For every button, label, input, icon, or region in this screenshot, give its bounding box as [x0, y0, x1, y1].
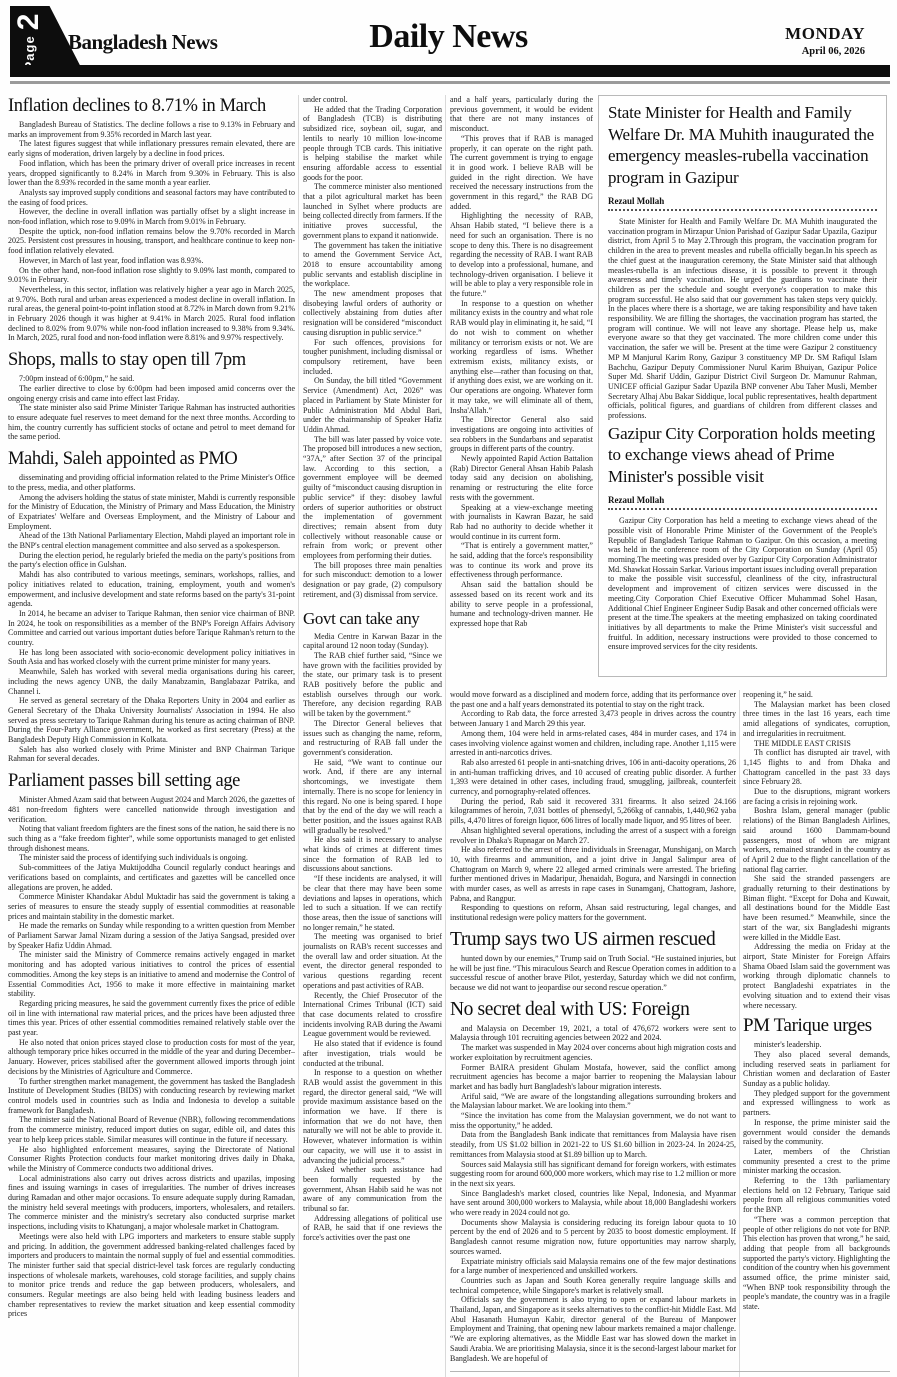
article-headline: Govt can take any — [303, 609, 442, 629]
article-paragraph: minister's leadership. — [743, 1040, 890, 1050]
article-paragraph: The minister said the process of identif… — [8, 853, 295, 863]
article-paragraph: and a half years, particularly during th… — [450, 95, 593, 134]
column-divider-2 — [445, 95, 446, 1377]
article-paragraph: Among the advisers holding the status of… — [8, 493, 295, 532]
article-paragraph: The bill proposes three main penalties f… — [303, 561, 442, 600]
article-paragraph: Former BAIRA president Ghulam Mostafa, h… — [450, 1063, 736, 1092]
article-headline: Inflation declines to 8.71% in March — [8, 95, 295, 117]
article-paragraph: Since Bangladesh's market closed, countr… — [450, 1189, 736, 1218]
article-paragraph: During the period, Rab said it recovered… — [450, 797, 736, 826]
article-paragraph: “Since the invitation has come from the … — [450, 1111, 736, 1130]
article-paragraph: Sub-committees of the Jatiya Muktijoddha… — [8, 863, 295, 892]
article-paragraph: The RAB chief further said, “Since we ha… — [303, 651, 442, 719]
article-paragraph: In response to a question on whether RAB… — [303, 1068, 442, 1165]
article-paragraph: He added that the Trading Corporation of… — [303, 105, 442, 183]
article-paragraph: He said, “We want to continue our work. … — [303, 758, 442, 836]
article-headline: Gazipur City Corporation holds meeting t… — [608, 423, 877, 488]
article-paragraph: However, in March of last year, food inf… — [8, 256, 295, 266]
column-divider-1 — [298, 95, 299, 1377]
article-paragraph: Meanwhile, Saleh has worked with several… — [8, 667, 295, 696]
article-paragraph: Sources said Malaysia still has signific… — [450, 1160, 736, 1189]
article-paragraph: He made the remarks on Sunday while resp… — [8, 921, 295, 950]
article-paragraph: The state minister also said Prime Minis… — [8, 403, 295, 442]
article-headline: PM Tarique urges — [743, 1015, 890, 1037]
article-paragraph: The minister said the Ministry of Commer… — [8, 950, 295, 999]
article-paragraph: The bill was later passed by voice vote.… — [303, 435, 442, 561]
article-paragraph: Due to the disruptions, migrant workers … — [743, 787, 890, 806]
article-paragraph: On Sunday, the bill titled “Government S… — [303, 376, 442, 434]
article-headline: Parliament passes bill setting age — [8, 771, 295, 792]
article-paragraph: Ahsan said the battalion should be asses… — [450, 580, 593, 629]
article-paragraph: reopening it,” he said. — [743, 690, 890, 700]
article-paragraph: Newly appointed Rapid Action Battalion (… — [450, 454, 593, 503]
article-paragraph: Documents show Malaysia is considering r… — [450, 1218, 736, 1257]
column-1: Inflation declines to 8.71% in MarchBang… — [8, 95, 295, 1377]
article-paragraph: Food inflation, which has been the prima… — [8, 159, 295, 188]
article-paragraph: Media Centre in Karwan Bazar in the capi… — [303, 632, 442, 651]
article-paragraph: He also noted that onion prices stayed c… — [8, 1038, 295, 1077]
column-divider-3 — [739, 690, 740, 1377]
article-paragraph: Th conflict has disrupted air travel, wi… — [743, 748, 890, 787]
article-paragraph: Countries such as Japan and South Korea … — [450, 1276, 736, 1295]
column-3: and a half years, particularly during th… — [450, 95, 593, 688]
article-paragraph: State Minister for Health and Family Wel… — [608, 217, 877, 421]
article-paragraph: Asked whether such assistance had been f… — [303, 1165, 442, 1214]
article-paragraph: “If these incidents are analysed, it wil… — [303, 874, 442, 932]
article-byline: Rezaul Mollah — [608, 493, 877, 510]
article-paragraph: To further strengthen market management,… — [8, 1077, 295, 1116]
article-paragraph: Ahsan highlighted several operations, in… — [450, 826, 736, 845]
article-paragraph: Gazipur City Corporation has held a meet… — [608, 516, 877, 652]
article-paragraph: The new amendment proposes that disobeyi… — [303, 289, 442, 338]
article-paragraph: Bangladesh Bureau of Statistics. The dec… — [8, 120, 295, 139]
header-thick-rule — [10, 65, 890, 77]
article-paragraph: Noting that valiant freedom fighters are… — [8, 824, 295, 853]
article-paragraph: They also placed several demands, includ… — [743, 1050, 890, 1089]
column-2: under control.He added that the Trading … — [303, 95, 442, 1377]
article-paragraph: The government has taken the initiative … — [303, 241, 442, 290]
article-paragraph: Boshra Islam, general manager (public re… — [743, 806, 890, 874]
article-headline: Trump says two US airmen rescued — [450, 929, 736, 951]
article-paragraph: Local administrations also carry out dri… — [8, 1174, 295, 1232]
article-paragraph: The meeting was organised to brief journ… — [303, 932, 442, 990]
article-paragraph: He also highlighted enforcement measures… — [8, 1145, 295, 1174]
article-paragraph: Commerce Minister Khandakar Abdul Muktad… — [8, 892, 295, 921]
article-paragraph: Addressing the media on Friday at the ai… — [743, 942, 890, 1010]
article-paragraph: Expatriate ministry officials said Malay… — [450, 1257, 736, 1276]
article-paragraph: 7:00pm instead of 6:00pm,” he said. — [8, 374, 295, 384]
article-paragraph: He also referred to the arrest of three … — [450, 845, 736, 903]
article-paragraph: Addressing allegations of political use … — [303, 1214, 442, 1243]
paper-masthead-title: Daily News — [0, 18, 897, 56]
article-paragraph: Rab also arrested 61 people in anti-snat… — [450, 758, 736, 797]
article-paragraph: In response, the prime minister said the… — [743, 1118, 890, 1147]
article-paragraph: Referring to the 13th parliamentary elec… — [743, 1176, 890, 1215]
article-paragraph: Nevertheless, in this sector, inflation … — [8, 285, 295, 343]
article-paragraph: The Malaysian market has been closed thr… — [743, 700, 890, 739]
article-headline: State Minister for Health and Family Wel… — [608, 102, 877, 188]
article-headline: No secret deal with US: Foreign — [450, 999, 736, 1021]
boxed-right-articles: State Minister for Health and Family Wel… — [598, 95, 887, 677]
article-paragraph: During the election period, he regularly… — [8, 551, 295, 570]
issue-day: MONDAY — [785, 24, 865, 44]
article-paragraph: He served as general secretary of the Dh… — [8, 696, 295, 745]
article-byline: Rezaul Mollah — [608, 194, 877, 211]
article-paragraph: Officials say the government is also try… — [450, 1295, 736, 1363]
article-paragraph: The minister said the National Board of … — [8, 1115, 295, 1144]
article-paragraph: Speaking at a view-exchange meeting with… — [450, 503, 593, 542]
article-paragraph: The Director General also said investiga… — [450, 415, 593, 454]
article-paragraph: Mahdi has also contributed to various me… — [8, 570, 295, 609]
article-paragraph: The earlier directive to close by 6:00pm… — [8, 384, 295, 403]
article-paragraph: They pledged support for the government … — [743, 1089, 890, 1118]
article-paragraph: Later, members of the Christian communit… — [743, 1147, 890, 1176]
column-wide-bottom: would move forward as a disciplined and … — [450, 690, 736, 1377]
article-paragraph: Saleh has also worked closely with Prime… — [8, 745, 295, 764]
article-paragraph: hunted down by our enemies,” Trump said … — [450, 954, 736, 993]
article-paragraph: On the other hand, non-food inflation ro… — [8, 266, 295, 285]
article-paragraph: He also said it is necessary to analyse … — [303, 835, 442, 874]
article-paragraph: Despite the uptick, non-food inflation r… — [8, 227, 295, 256]
article-paragraph: THE MIDDLE EAST CRISIS — [743, 739, 890, 749]
article-paragraph: He also stated that if evidence is found… — [303, 1039, 442, 1068]
article-paragraph: According to Rab data, the force arreste… — [450, 709, 736, 728]
article-paragraph: disseminating and providing official inf… — [8, 473, 295, 492]
article-paragraph: The commerce minister also mentioned tha… — [303, 182, 442, 240]
article-paragraph: Among them, 104 were held in arms-relate… — [450, 729, 736, 758]
article-paragraph: The latest figures suggest that while in… — [8, 139, 295, 158]
article-paragraph: In response to a question on whether mil… — [450, 299, 593, 415]
article-paragraph: “This proves that if RAB is managed prop… — [450, 134, 593, 212]
article-paragraph: The Director General believes that issue… — [303, 719, 442, 758]
article-paragraph: Responding to questions on reform, Ahsan… — [450, 903, 736, 922]
article-paragraph: Data from the Bangladesh Bank indicate t… — [450, 1130, 736, 1159]
article-paragraph: Minister Ahmed Azam said that between Au… — [8, 795, 295, 824]
article-headline: Shops, malls to stay open till 7pm — [8, 350, 295, 371]
article-paragraph: and Malaysia on December 19, 2021, a tot… — [450, 1024, 736, 1043]
article-paragraph: Ariful said, “We are aware of the longst… — [450, 1092, 736, 1111]
article-paragraph: For such offences, provisions for toughe… — [303, 338, 442, 377]
header-thin-rule — [10, 81, 890, 84]
article-paragraph: Regarding pricing measures, he said the … — [8, 999, 295, 1038]
article-paragraph: Meetings were also held with LPG importe… — [8, 1232, 295, 1319]
newspaper-page: Page 2 Bangladesh News Daily News MONDAY… — [0, 0, 897, 1377]
article-paragraph: In 2014, he became an adviser to Tarique… — [8, 609, 295, 648]
article-paragraph: “That is entirely a government matter,” … — [450, 541, 593, 580]
article-paragraph: under control. — [303, 95, 442, 105]
article-paragraph: Highlighting the necessity of RAB, Ahsan… — [450, 211, 593, 298]
article-paragraph: Ahead of the 13th National Parliamentary… — [8, 531, 295, 550]
article-paragraph: He has long been associated with socio-e… — [8, 648, 295, 667]
article-paragraph: She said the stranded passengers are gra… — [743, 874, 890, 942]
issue-date: April 06, 2026 — [802, 46, 865, 57]
article-paragraph: Analysts say improved supply conditions … — [8, 188, 295, 207]
article-paragraph: Recently, the Chief Prosecutor of the In… — [303, 991, 442, 1040]
article-paragraph: The market was suspended in May 2024 ove… — [450, 1043, 736, 1062]
article-paragraph: However, the decline in overall inflatio… — [8, 207, 295, 226]
column-right-bottom: reopening it,” he said.The Malaysian mar… — [743, 690, 890, 1377]
article-headline: Mahdi, Saleh appointed as PMO — [8, 449, 295, 470]
article-paragraph: “There was a common perception that peop… — [743, 1215, 890, 1312]
article-paragraph: would move forward as a disciplined and … — [450, 690, 736, 709]
